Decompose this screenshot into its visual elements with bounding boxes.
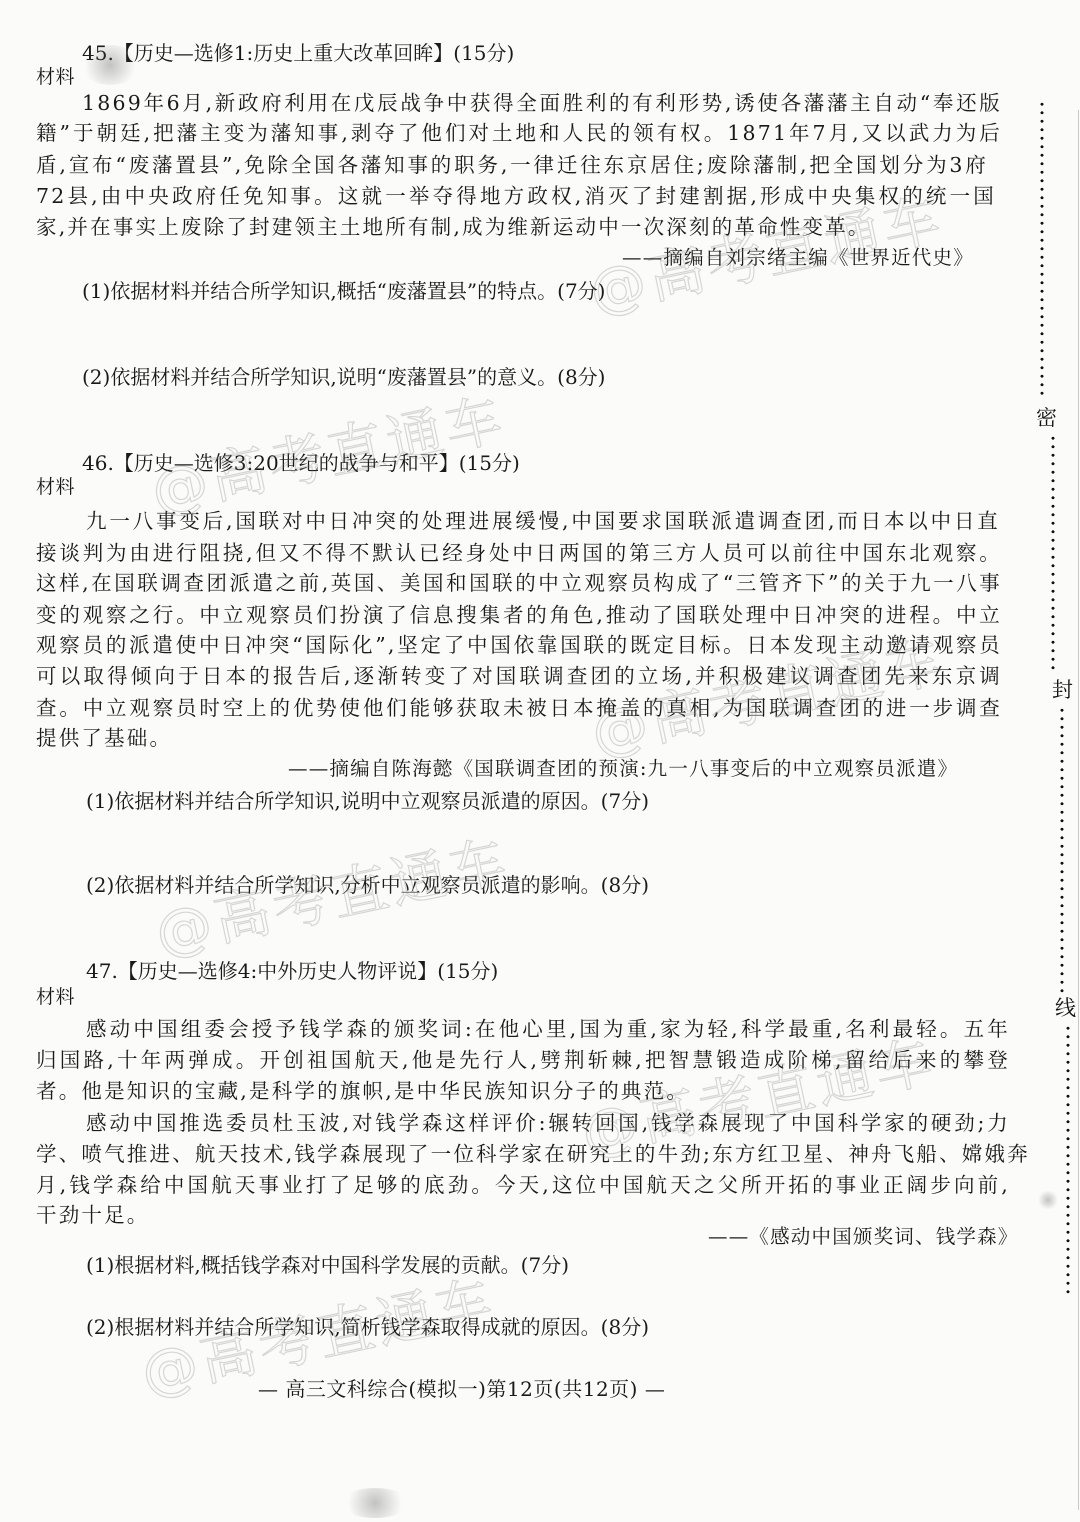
material-label: 材料 (36, 472, 75, 502)
paragraph-line: 月,钱学森给中国航天事业打了足够的底劲。今天,这位中国航天之父所开拓的事业正阔步… (36, 1170, 1010, 1200)
margin-rule (1078, 110, 1079, 1510)
paragraph-line: 可以取得倾向于日本的报告后,逐渐转变了对国联调查团的立场,并积极建议调查团先来东… (36, 661, 1002, 691)
source-citation: ——摘编自陈海懿《国联调查团的预演:九一八事变后的中立观察员派遣》 (288, 754, 958, 784)
exam-page: 密 封 线 45.【历史—选修1:历史上重大改革回眸】(15分) 材料 1869… (0, 0, 1080, 1522)
scan-noise (340, 1488, 410, 1518)
source-citation: ——摘编自刘宗绪主编《世界近代史》 (622, 243, 974, 273)
paragraph-line: 提供了基础。 (36, 723, 172, 753)
seal-dotted-line (1060, 706, 1064, 994)
question-title: 45.【历史—选修1:历史上重大改革回眸】(15分) (82, 38, 514, 68)
page-footer: — 高三文科综合(模拟一)第12页(共12页) — (258, 1374, 665, 1404)
question-title: 46.【历史—选修3:20世纪的战争与和平】(15分) (82, 448, 520, 478)
paragraph-line: 九一八事变后,国联对中日冲突的处理进展缓慢,中国要求国联派遣调查团,而日本以中日… (86, 506, 1000, 536)
paragraph-line: 接谈判为由进行阻挠,但又不得不默认已经身处中日两国的第三方人员可以前往中国东北观… (36, 538, 1002, 568)
seal-dotted-line (1066, 1024, 1070, 1294)
seal-char-feng: 封 (1052, 678, 1073, 702)
paragraph-line: 变的观察之行。中立观察员们扮演了信息搜集者的角色,推动了国联处理中日冲突的进程。… (36, 600, 1002, 630)
seal-dotted-line (1051, 434, 1055, 672)
question-title: 47.【历史—选修4:中外历史人物评说】(15分) (86, 956, 498, 986)
sub-question-1: (1)根据材料,概括钱学森对中国科学发展的贡献。(7分) (86, 1250, 569, 1280)
paragraph-line: 家,并在事实上废除了封建领主土地所有制,成为维新运动中一次深刻的革命性变革。 (36, 212, 871, 242)
paragraph-line: 感动中国组委会授予钱学森的颁奖词:在他心里,国为重,家为轻,科学最重,名利最轻。… (86, 1014, 1010, 1044)
scan-noise (80, 45, 140, 85)
material-label: 材料 (36, 62, 75, 92)
paragraph-line: 归国路,十年两弹成。开创祖国航天,他是先行人,劈荆斩棘,把智慧锻造成阶梯,留给后… (36, 1045, 1010, 1075)
paragraph-line: 籍”于朝廷,把藩主变为藩知事,剥夺了他们对土地和人民的领有权。1871年7月,又… (36, 118, 1002, 148)
paragraph-line: 学、喷气推进、航天技术,钱学森展现了一位科学家在研究上的牛劲;东方红卫星、神舟飞… (36, 1139, 1010, 1169)
sub-question-2: (2)依据材料并结合所学知识,说明“废藩置县”的意义。(8分) (82, 362, 605, 392)
paragraph-line: 72县,由中央政府任免知事。这就一举夺得地方政权,消灭了封建割据,形成中央集权的… (36, 181, 996, 211)
sub-question-1: (1)依据材料并结合所学知识,概括“废藩置县”的特点。(7分) (82, 276, 605, 306)
source-citation: ——《感动中国颁奖词、钱学森》 (708, 1222, 1019, 1252)
scan-noise (1038, 1190, 1058, 1210)
sub-question-2: (2)依据材料并结合所学知识,分析中立观察员派遣的影响。(8分) (86, 870, 649, 900)
material-label: 材料 (36, 982, 75, 1012)
seal-char-xian: 线 (1055, 996, 1076, 1020)
paragraph-line: 查。中立观察员时空上的优势使他们能够获取未被日本掩盖的真相,为国联调查团的进一步… (36, 693, 1002, 723)
paragraph-line: 感动中国推选委员杜玉波,对钱学森这样评价:辗转回国,钱学森展现了中国科学家的硬劲… (86, 1108, 1010, 1138)
paragraph-line: 盾,宣布“废藩置县”,免除全国各藩知事的职务,一律迁往东京居住;废除藩制,把全国… (36, 150, 988, 180)
paragraph-line: 1869年6月,新政府利用在戊辰战争中获得全面胜利的有利形势,诱使各藩藩主自动“… (82, 88, 1002, 118)
seal-dotted-line (1040, 100, 1044, 400)
paragraph-line: 观察员的派遣使中日冲突“国际化”,坚定了中国依靠国联的既定目标。日本发现主动邀请… (36, 630, 1002, 660)
seal-char-mi: 密 (1036, 406, 1057, 430)
sub-question-1: (1)依据材料并结合所学知识,说明中立观察员派遣的原因。(7分) (86, 786, 649, 816)
paragraph-line: 干劲十足。 (36, 1200, 150, 1230)
paragraph-line: 者。他是知识的宝藏,是科学的旗帜,是中华民族知识分子的典范。 (36, 1076, 689, 1106)
paragraph-line: 这样,在国联调查团派遣之前,英国、美国和国联的中立观察员构成了“三管齐下”的关于… (36, 568, 1002, 598)
sub-question-2: (2)根据材料并结合所学知识,简析钱学森取得成就的原因。(8分) (86, 1312, 649, 1342)
